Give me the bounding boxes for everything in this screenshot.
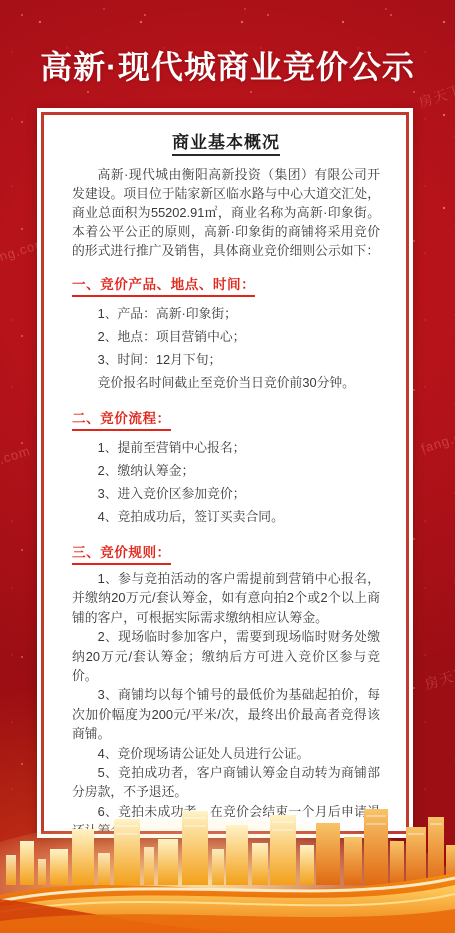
list-item: 2、地点：项目营销中心； xyxy=(72,325,380,348)
section-bidding-process: 二、竞价流程： 1、提前至营销中心报名； 2、缴纳认筹金； 3、进入竞价区参加竞… xyxy=(72,409,380,528)
rule-paragraph: 5、竞拍成功者，客户商铺认筹金自动转为商铺部分房款，不予退还。 xyxy=(72,763,380,802)
list-item: 1、产品：高新·印象街； xyxy=(72,302,380,325)
rule-paragraph: 6、竞拍未成功者，在竞价会结束一个月后申请退还认筹金。 xyxy=(72,802,380,831)
watermark: fang.com xyxy=(419,423,455,456)
card-content: 商业基本概况 高新·现代城由衡阳高新投资（集团）有限公司开发建设。项目位于陆家新… xyxy=(44,115,406,831)
poster-title: 高新·现代城商业竞价公示 xyxy=(0,42,455,88)
section-heading: 三、竞价规则： xyxy=(72,543,171,565)
list-item: 2、缴纳认筹金； xyxy=(72,459,380,482)
announcement-card: 商业基本概况 高新·现代城由衡阳高新投资（集团）有限公司开发建设。项目位于陆家新… xyxy=(37,108,413,838)
list-item: 竞价报名时间截止至竞价当日竞价前30分钟。 xyxy=(72,371,380,394)
rule-paragraph: 4、竞价现场请公证处人员进行公证。 xyxy=(72,744,380,763)
section-heading: 一、竞价产品、地点、时间： xyxy=(72,275,255,297)
rule-paragraph: 3、商铺均以每个铺号的最低价为基础起拍价，每次加价幅度为200元/平米/次，最终… xyxy=(72,685,380,743)
list-item: 3、进入竞价区参加竞价； xyxy=(72,482,380,505)
section-heading: 二、竞价流程： xyxy=(72,409,171,431)
card-heading: 商业基本概况 xyxy=(172,133,280,156)
list-item: 3、时间：12月下旬； xyxy=(72,348,380,371)
rule-paragraph: 2、现场临时参加客户，需要到现场临时财务处缴纳20万元/套认筹金；缴纳后方可进入… xyxy=(72,627,380,685)
section-bidding-rules: 三、竞价规则： 1、参与竞拍活动的客户需提前到营销中心报名，并缴纳20万元/套认… xyxy=(72,543,380,831)
list-item: 4、竞拍成功后，签订买卖合同。 xyxy=(72,505,380,528)
rule-paragraph: 1、参与竞拍活动的客户需提前到营销中心报名，并缴纳20万元/套认筹金，如有意向拍… xyxy=(72,569,380,627)
watermark: 房天下 xyxy=(422,662,455,695)
list-item: 1、提前至营销中心报名； xyxy=(72,436,380,459)
section-products-place-time: 一、竞价产品、地点、时间： 1、产品：高新·印象街； 2、地点：项目营销中心； … xyxy=(72,275,380,394)
watermark: fang.com xyxy=(0,443,32,476)
intro-paragraph: 高新·现代城由衡阳高新投资（集团）有限公司开发建设。项目位于陆家新区临水路与中心… xyxy=(72,165,380,260)
